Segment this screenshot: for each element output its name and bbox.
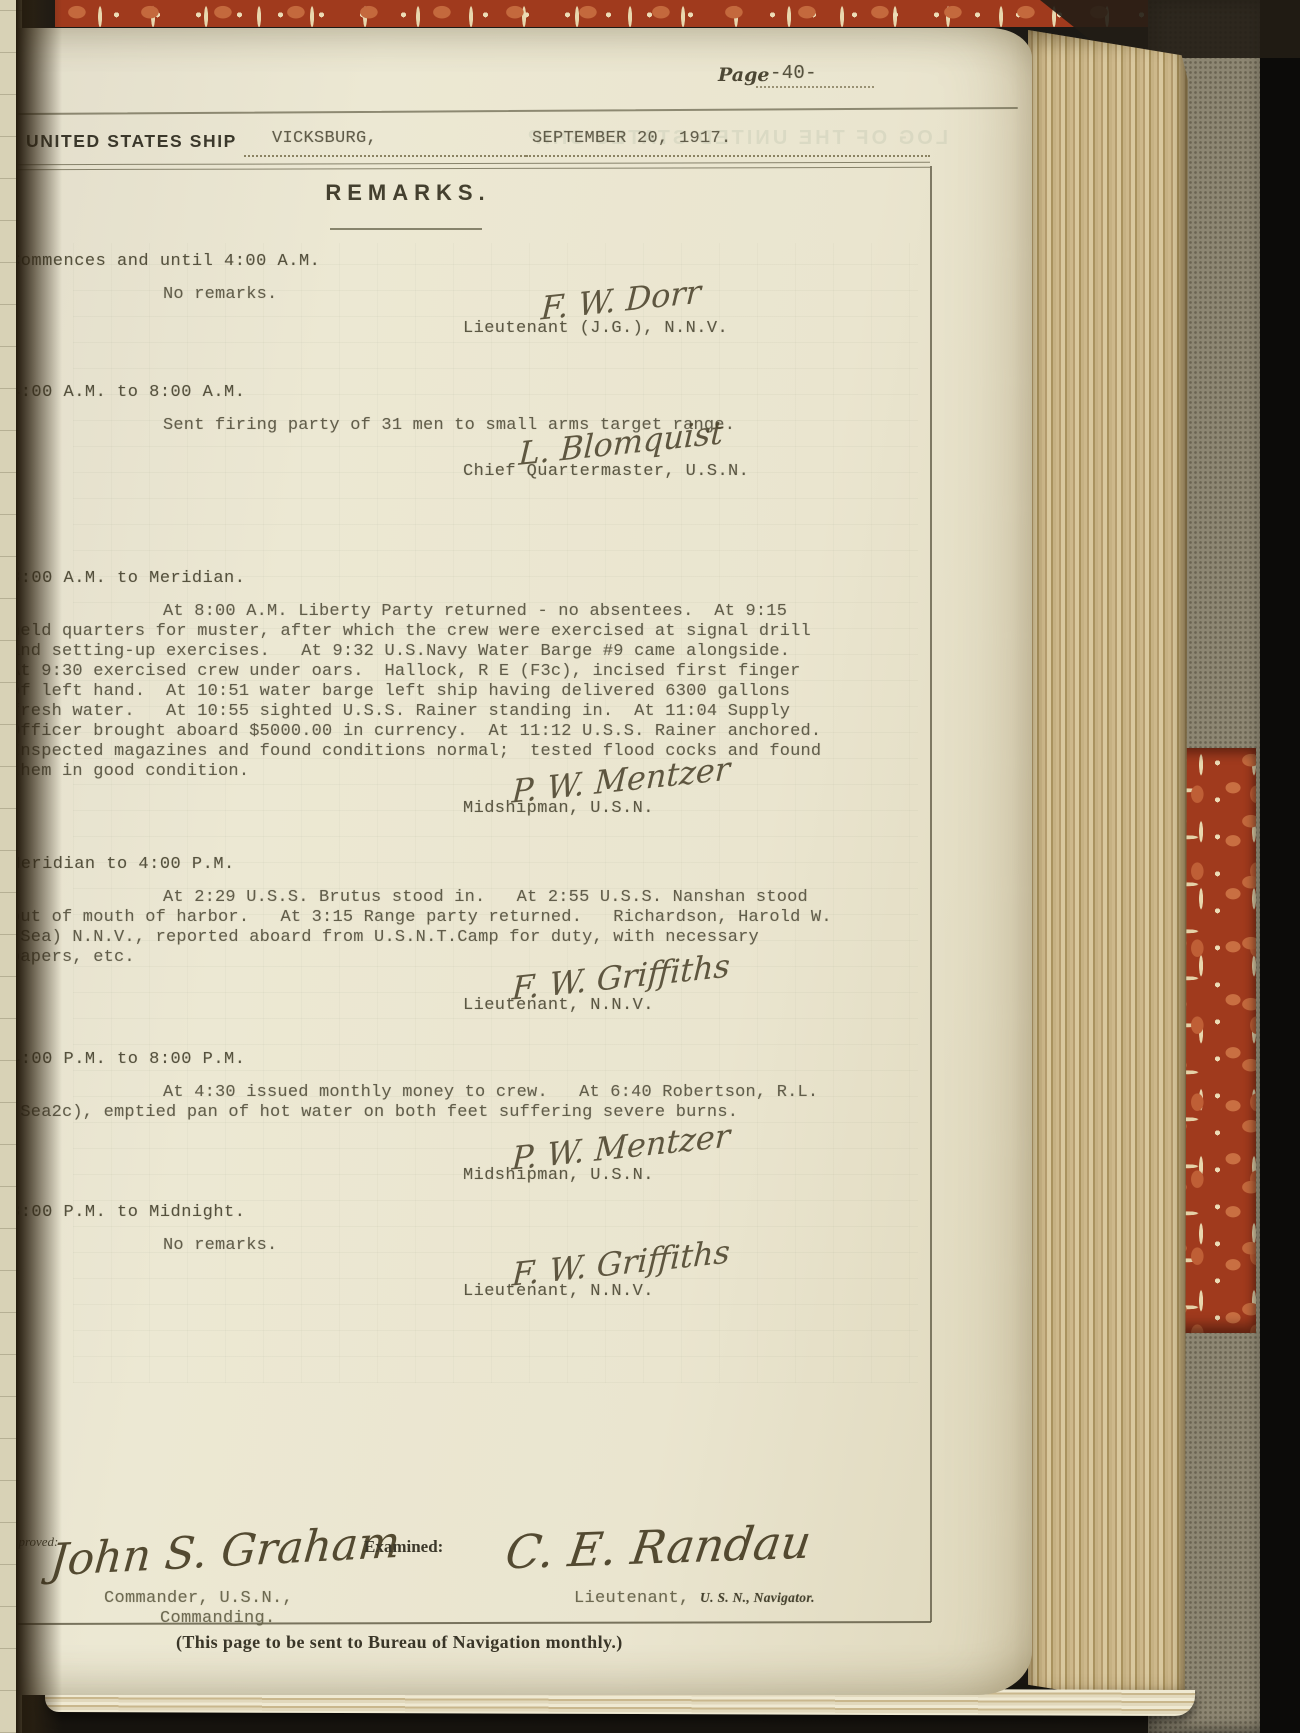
entry-period: Meridian to 4:00 P.M. [18,855,940,874]
log-entry: 8:00 P.M. to Midnight.No remarks.F. W. G… [18,1203,940,1301]
entry-remarks: Sent firing party of 31 men to small arm… [18,416,940,436]
remark-line: fresh water. At 10:55 sighted U.S.S. Rai… [18,702,940,722]
log-entry: Meridian to 4:00 P.M.At 2:29 U.S.S. Brut… [18,855,940,1015]
book-gutter-shadow [16,0,62,1733]
remark-line: Sent firing party of 31 men to small arm… [18,416,940,436]
signature-block: F. W. DorrLieutenant (J.G.), N.N.V. [18,319,940,338]
log-entry: 4:00 A.M. to 8:00 A.M.Sent firing party … [18,383,940,481]
page-stack-fore-edge [1028,30,1188,1710]
commander-title: Commander, U.S.N., [104,1589,293,1608]
remark-line: (Sea) N.N.V., reported aboard from U.S.N… [18,928,940,948]
remark-line: held quarters for muster, after which th… [18,622,940,642]
signature-block: P. W. MentzerMidshipman, U.S.N. [18,1166,940,1185]
remark-line: Inspected magazines and found conditions… [18,742,940,762]
entry-period: 8:00 A.M. to Meridian. [18,569,940,588]
entry-period: Commences and until 4:00 A.M. [18,252,940,271]
commander-title-2: Commanding. [160,1609,276,1628]
remark-line: At 9:30 exercised crew under oars. Hallo… [18,662,940,682]
remark-line: and setting-up exercises. At 9:32 U.S.Na… [18,642,940,662]
log-entries: Commences and until 4:00 A.M.No remarks.… [18,28,948,1528]
scanned-logbook-photo: LOG OF THE UNITED STATES SHIP Page -40- … [0,0,1300,1733]
log-entry: 4:00 P.M. to 8:00 P.M.At 4:30 issued mon… [18,1050,940,1185]
remark-line: At 8:00 A.M. Liberty Party returned - no… [18,602,940,622]
navigator-rank: Lieutenant, [574,1589,690,1608]
signature-block: F. W. GriffithsLieutenant, N.N.V. [18,1282,940,1301]
entry-period: 8:00 P.M. to Midnight. [18,1203,940,1222]
examined-label: Examined: [364,1537,443,1557]
remark-line: out of mouth of harbor. At 3:15 Range pa… [18,908,940,928]
signature-block: F. W. GriffithsLieutenant, N.N.V. [18,996,940,1015]
remark-line: of left hand. At 10:51 water barge left … [18,682,940,702]
remark-line: No remarks. [18,1236,940,1256]
entry-remarks: At 2:29 U.S.S. Brutus stood in. At 2:55 … [18,888,940,968]
navigator-signature: C. E. Randau [502,1515,814,1580]
entry-remarks: At 4:30 issued monthly money to crew. At… [18,1083,940,1123]
signature-block: L. BlomquistChief Quartermaster, U.S.N. [18,462,940,481]
entry-period: 4:00 P.M. to 8:00 P.M. [18,1050,940,1069]
navigator-rank-suffix: U. S. N., Navigator. [700,1590,815,1605]
remark-line: Officer brought aboard $5000.00 in curre… [18,722,940,742]
entry-remarks: At 8:00 A.M. Liberty Party returned - no… [18,602,940,782]
bureau-note: (This page to be sent to Bureau of Navig… [176,1632,623,1653]
log-entry: Commences and until 4:00 A.M.No remarks.… [18,252,940,338]
remark-line: At 2:29 U.S.S. Brutus stood in. At 2:55 … [18,888,940,908]
marbled-cover-top-edge [55,0,1160,27]
remark-line: papers, etc. [18,948,940,968]
entry-remarks: No remarks. [18,1236,940,1256]
log-entry: 8:00 A.M. to Meridian.At 8:00 A.M. Liber… [18,569,940,818]
signature-block: P. W. MentzerMidshipman, U.S.N. [18,799,940,818]
entry-period: 4:00 A.M. to 8:00 A.M. [18,383,940,402]
remarks-box-bottom-border [18,1621,931,1624]
remark-line: (Sea2c), emptied pan of hot water on bot… [18,1103,940,1123]
background-shadow [1260,0,1300,1733]
navigator-title: Lieutenant, U. S. N., Navigator. [574,1589,815,1608]
log-page: LOG OF THE UNITED STATES SHIP Page -40- … [18,28,1032,1695]
remark-line: At 4:30 issued monthly money to crew. At… [18,1083,940,1103]
